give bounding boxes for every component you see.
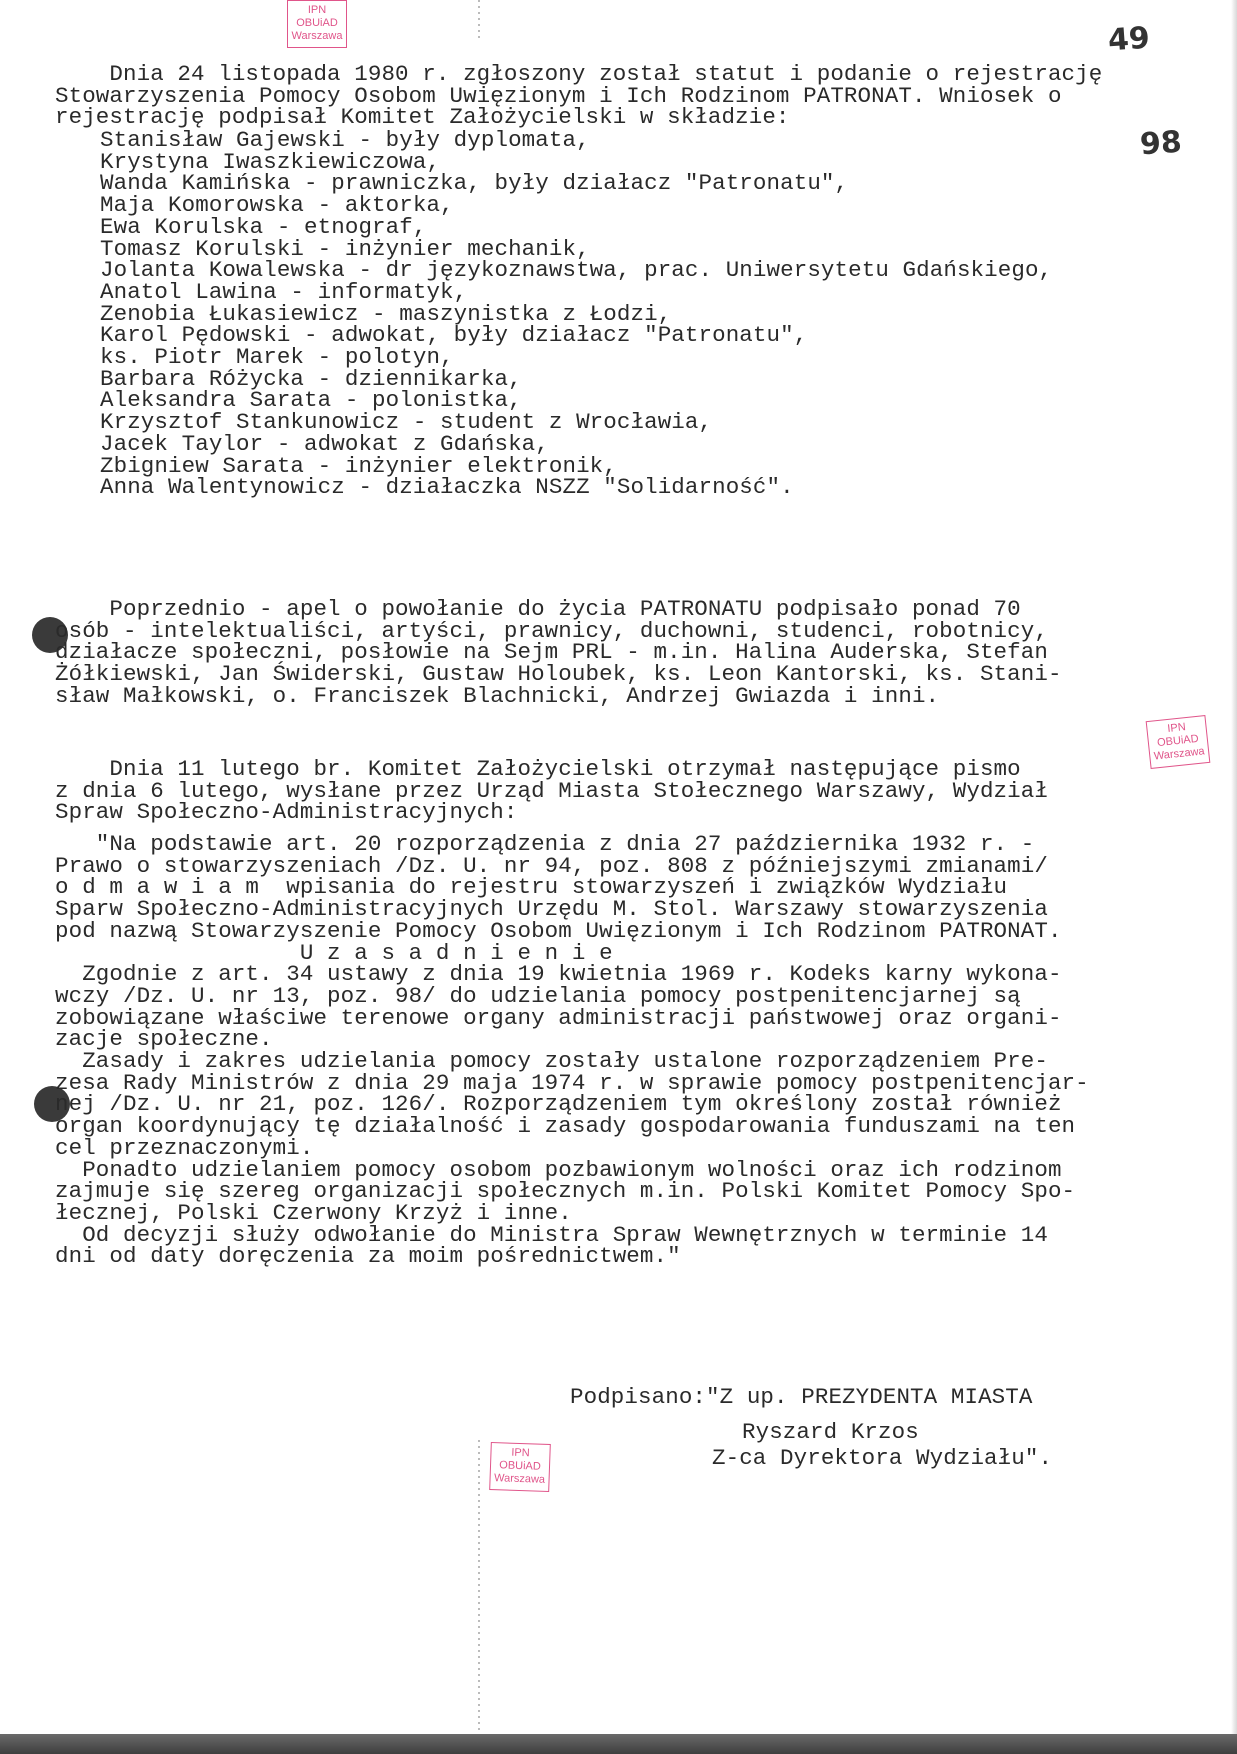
committee-member: Anna Walentynowicz - działaczka NSZZ "So… [100, 475, 794, 499]
stamp-text: IPN [288, 4, 346, 17]
archive-stamp: IPN OBUiAD Warszawa [489, 1442, 551, 1492]
stamp-text: OBUiAD [288, 17, 346, 30]
intro-paragraph-line: rejestrację podpisał Komitet Założyciels… [55, 105, 790, 129]
scan-artifact [478, 0, 480, 40]
document-page: IPN OBUiAD Warszawa IPN OBUiAD Warszawa … [0, 0, 1237, 1754]
stamp-text: Warszawa [490, 1472, 548, 1487]
letter-intro-line: Spraw Społeczno-Administracyjnych: [55, 800, 517, 824]
signature-name: Ryszard Krzos [742, 1420, 919, 1444]
archive-stamp: IPN OBUiAD Warszawa [1146, 715, 1211, 769]
signature-title: Z-ca Dyrektora Wydziału". [712, 1446, 1052, 1470]
signature-signed-line: Podpisano:"Z up. PREZYDENTA MIASTA [570, 1385, 1032, 1409]
scan-edge [1231, 0, 1237, 1754]
handwritten-page-number: 49 [1107, 21, 1151, 59]
archive-stamp: IPN OBUiAD Warszawa [287, 0, 347, 48]
appeal-paragraph-line: sław Małkowski, o. Franciszek Blachnicki… [55, 684, 939, 708]
scan-artifact [478, 1440, 480, 1740]
stamp-text: Warszawa [288, 30, 346, 43]
handwritten-page-number: 98 [1139, 125, 1183, 163]
decision-quote-line: dni od daty doręczenia za moim pośrednic… [55, 1244, 681, 1268]
scan-bottom-edge [0, 1734, 1237, 1754]
